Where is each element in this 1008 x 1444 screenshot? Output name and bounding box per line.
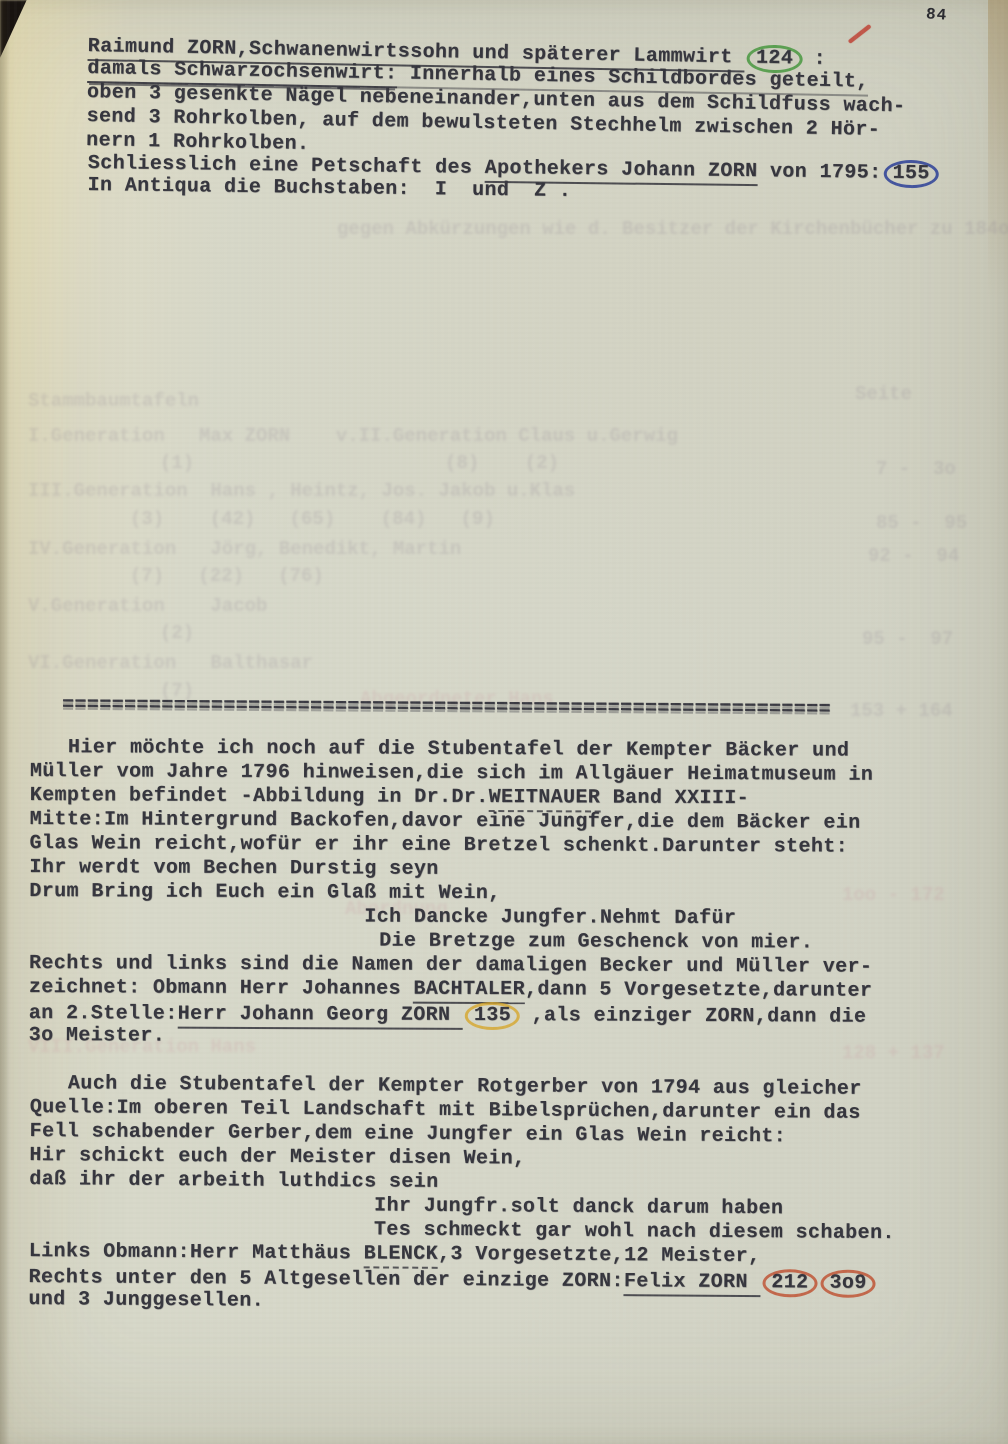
text-segment: Tes schmeckt gar wohl nach diesem schabe…	[374, 1218, 895, 1245]
text-segment: ,dann 5 Vorgesetzte,darunter	[525, 978, 872, 1003]
text-segment: :	[801, 47, 826, 70]
text-segment: Ich Dancke Jungfer.Nehmt Dafür	[364, 905, 736, 930]
text-segment: ,3 Vorgesetzte,12 Meister,	[438, 1243, 761, 1268]
scanned-document-page: 84 gegen Abkürzungen wie d. Besitzer der…	[0, 0, 1008, 1444]
text-segment: Glas Wein reicht,wofür er ihr eine Bretz…	[29, 832, 848, 859]
text-segment: Kempten befindet -Abbildung in Dr.Dr.	[30, 784, 489, 809]
ghost-line: (2)	[160, 622, 194, 644]
ghost-line: (1) (8) (2)	[160, 452, 559, 474]
typed-line: Drum Bring ich Euch ein Glaß mit Wein,	[29, 880, 872, 908]
typed-line: Ihr werdt vom Bechen Durstig seyn	[29, 856, 872, 884]
ghost-line: (3) (42) (65) (84) (9)	[130, 508, 495, 530]
text-segment-du: WEITNAUER	[489, 786, 601, 812]
separator-line: ========================================…	[62, 694, 831, 723]
text-segment-cr: 3o9	[820, 1270, 875, 1298]
red-tick-mark	[848, 24, 871, 43]
ghost-line: 95 - 97	[862, 628, 953, 650]
text-segment: ,als einziger ZORN,dann die	[519, 1004, 866, 1029]
ghost-line: IV.Generation Jörg, Benedikt, Martin	[28, 538, 461, 560]
text-segment: zeichnet: Obmann Herr Johannes	[29, 976, 414, 1001]
ghost-line: I.Generation Max ZORN v.II.Generation Cl…	[28, 425, 678, 447]
paragraph-petschaft-johann-zorn: Schliesslich eine Petschaft des Apotheke…	[87, 150, 937, 208]
text-segment: Die Bretzge zum Geschenck von mier.	[379, 930, 813, 955]
typed-line: Hier möchte ich noch auf die Stubentafel…	[30, 736, 873, 764]
text-segment: Mitte:Im Hintergrund Backofen,davor eine…	[30, 808, 861, 835]
ghost-line: 92 - 94	[868, 545, 959, 567]
paragraph-heraldry-raimund-zorn: Raimund ZORN,Schwanenwirtssohn und späte…	[86, 33, 907, 167]
text-segment: von 1795:	[757, 160, 881, 185]
handwritten-page-number: 84	[925, 5, 947, 24]
ghost-line: V.Generation Jacob	[28, 595, 267, 617]
typed-line: zeichnet: Obmann Herr Johannes BACHTALER…	[29, 976, 872, 1004]
ghost-line: 7 - 3o	[876, 458, 956, 480]
typed-line: Glas Wein reicht,wofür er ihr eine Bretz…	[29, 832, 872, 860]
text-segment: Drum Bring ich Euch ein Glaß mit Wein,	[29, 880, 500, 905]
text-segment-cy: 135	[465, 1002, 520, 1030]
text-segment-u: BACHTALER	[413, 978, 525, 1004]
text-segment: daß ihr der arbeith luthdics sein	[29, 1168, 438, 1194]
ghost-line: Stammbaumtafeln	[28, 390, 199, 412]
text-segment-u: Felix ZORN	[624, 1270, 761, 1297]
paragraph-stubentafel-rotgerber: Auch die Stubentafel der Kempter Rotgerb…	[28, 1072, 896, 1318]
text-segment-u: Herr Johann Georg ZORN	[178, 1003, 463, 1030]
typed-line: Müller vom Jahre 1796 hinweisen,die sich…	[30, 760, 873, 788]
text-segment-cr: 212	[762, 1269, 817, 1297]
text-segment: Müller vom Jahre 1796 hinweisen,die sich…	[30, 760, 873, 787]
typed-line: an 2.Stelle:Herr Johann Georg ZORN 135 ,…	[29, 1000, 872, 1028]
typed-line: Mitte:Im Hintergrund Backofen,davor eine…	[30, 808, 873, 836]
left-edge-shadow	[0, 0, 10, 1444]
text-segment: Hier möchte ich noch auf die Stubentafel…	[68, 736, 849, 762]
text-segment-du: BLENCK	[363, 1242, 438, 1269]
text-segment: In Antiqua die Buchstaben: I und Z .	[87, 174, 571, 203]
text-segment: Links Obmann:Herr Matthäus	[29, 1240, 364, 1265]
paragraph-stubentafel-baecker: Hier möchte ich noch auf die Stubentafel…	[29, 736, 874, 1052]
text-segment: Rechts und links sind die Namen der dama…	[29, 952, 872, 979]
text-segment: Ihr Jungfr.solt danck darum haben	[374, 1194, 783, 1220]
ghost-line: 85 - 95	[876, 512, 967, 534]
typed-line: Kempten befindet -Abbildung in Dr.Dr.WEI…	[30, 784, 873, 812]
ghost-line: Seite	[855, 383, 912, 405]
ghost-line: 153 + 164	[850, 700, 953, 722]
text-segment: Hir schickt euch der Meister disen Wein,	[29, 1144, 525, 1170]
ghost-line: III.Generation Hans , Heintz, Jos. Jakob…	[28, 480, 575, 502]
typed-line: Ich Dancke Jungfer.Nehmt Dafür	[29, 904, 872, 932]
text-segment: Ihr werdt vom Bechen Durstig seyn	[29, 856, 438, 881]
text-segment: an 2.Stelle:	[29, 1002, 178, 1026]
ghost-line: (7) (22) (76)	[130, 565, 324, 587]
typed-line: Die Bretzge zum Geschenck von mier.	[29, 928, 872, 956]
ghost-line: gegen Abkürzungen wie d. Besitzer der Ki…	[337, 218, 1008, 240]
text-segment-cb: 155	[883, 160, 939, 189]
text-segment: Band XXIII-	[600, 786, 749, 810]
text-segment: und 3 Junggesellen.	[28, 1288, 264, 1313]
right-edge-shadow	[988, 0, 1008, 300]
text-segment: 3o Meister.	[29, 1024, 166, 1048]
ghost-line: VI.Generation Balthasar	[28, 652, 313, 674]
typed-line: Rechts und links sind die Namen der dama…	[29, 952, 872, 980]
